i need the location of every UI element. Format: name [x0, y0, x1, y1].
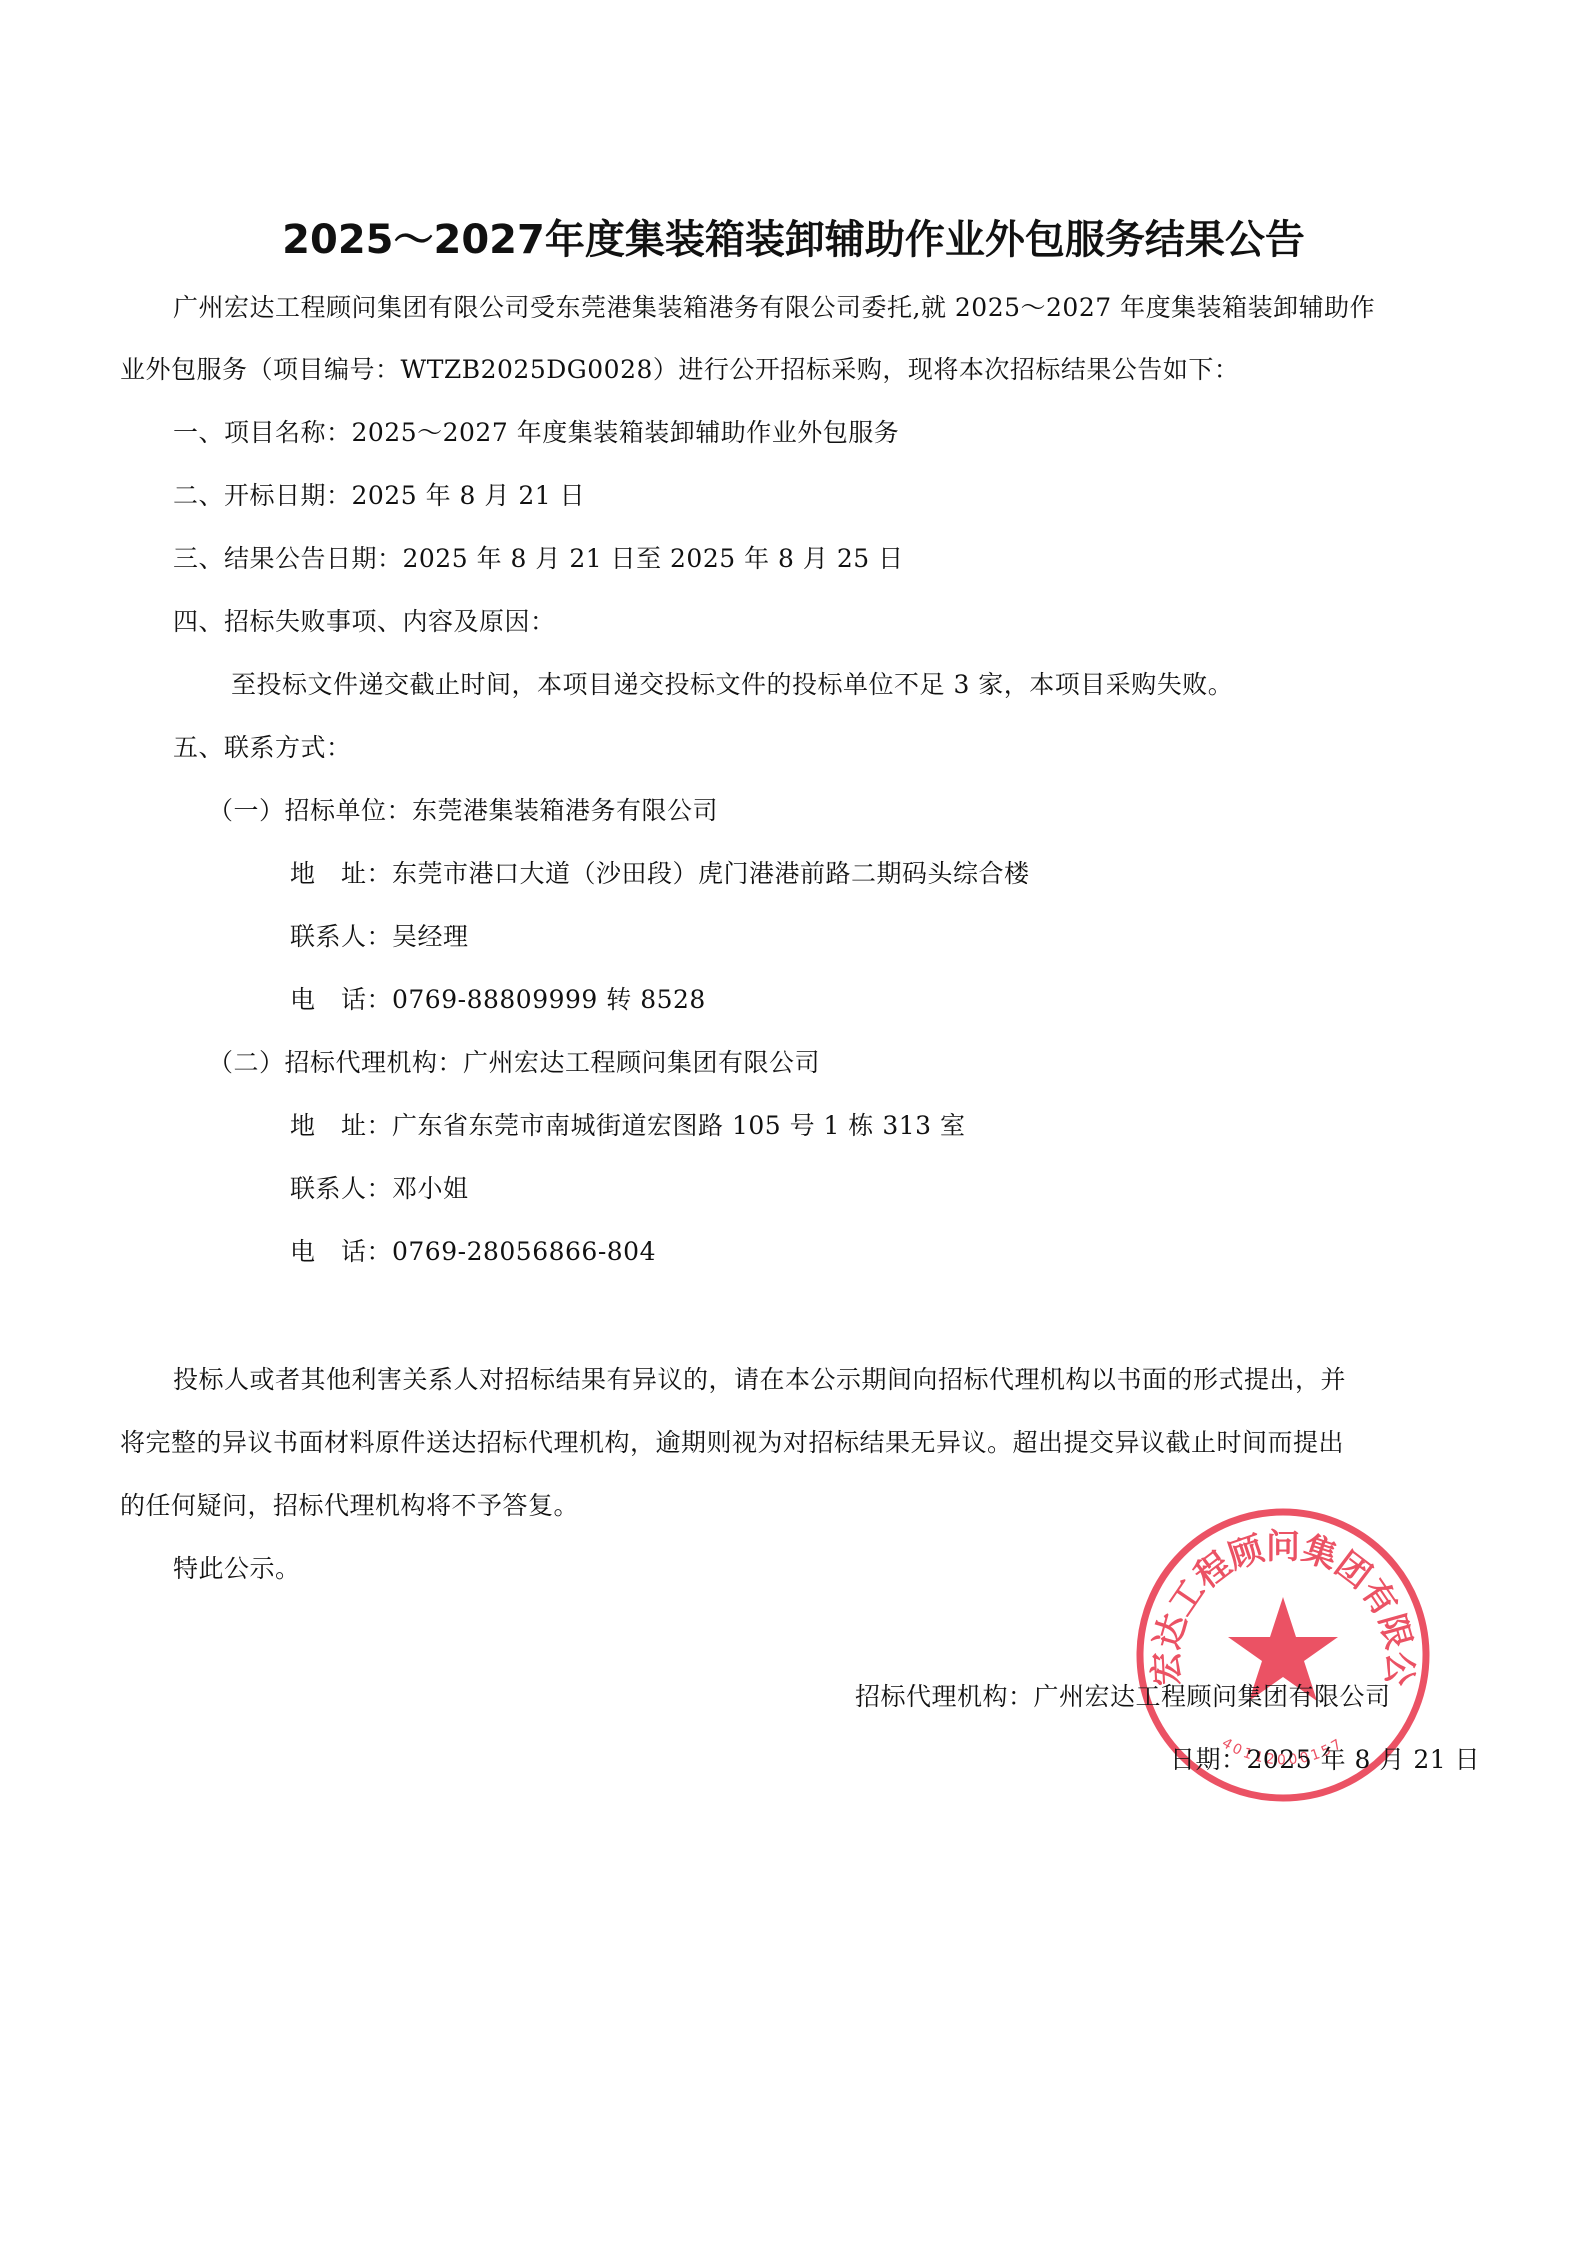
notice-line-2: 将完整的异议书面材料原件送达招标代理机构，逾期则视为对招标结果无异议。超出提交异… [120, 1428, 1344, 1458]
section-announcement-date: 三、结果公告日期：2025 年 8 月 21 日至 2025 年 8 月 25 … [173, 544, 904, 574]
section-contact-heading: 五、联系方式： [173, 733, 352, 763]
closing-text: 特此公示。 [173, 1554, 301, 1584]
signature-agency: 招标代理机构：广州宏达工程顾问集团有限公司 [855, 1682, 1391, 1712]
section-failure-heading: 四、招标失败事项、内容及原因： [173, 607, 556, 637]
section-opening-date: 二、开标日期：2025 年 8 月 21 日 [173, 481, 585, 511]
contact-address: 地 址：东莞市港口大道（沙田段）虎门港港前路二期码头综合楼 [290, 859, 1030, 889]
contact-person: 联系人：邓小姐 [290, 1174, 469, 1204]
section-project-name: 一、项目名称：2025～2027 年度集装箱装卸辅助作业外包服务 [173, 418, 899, 448]
failure-reason: 至投标文件递交截止时间，本项目递交投标文件的投标单位不足 3 家，本项目采购失败… [231, 670, 1233, 700]
page-title: 2025～2027年度集装箱装卸辅助作业外包服务结果公告 [0, 215, 1587, 265]
contact-header: （一）招标单位：东莞港集装箱港务有限公司 [208, 796, 718, 826]
intro-line-1: 广州宏达工程顾问集团有限公司受东莞港集装箱港务有限公司委托,就 2025～202… [173, 293, 1375, 323]
contact-person: 联系人：吴经理 [290, 922, 469, 952]
contact-address: 地 址：广东省东莞市南城街道宏图路 105 号 1 栋 313 室 [290, 1111, 966, 1141]
contact-header: （二）招标代理机构：广州宏达工程顾问集团有限公司 [208, 1048, 820, 1078]
contact-phone: 电 话：0769-28056866-804 [290, 1237, 656, 1267]
contact-phone: 电 话：0769-88809999 转 8528 [290, 985, 706, 1015]
intro-line-2: 业外包服务（项目编号：WTZB2025DG0028）进行公开招标采购，现将本次招… [120, 355, 1239, 385]
signature-date: 日期：2025 年 8 月 21 日 [1170, 1745, 1480, 1775]
notice-line-3: 的任何疑问，招标代理机构将不予答复。 [120, 1491, 579, 1521]
notice-line-1: 投标人或者其他利害关系人对招标结果有异议的，请在本公示期间向招标代理机构以书面的… [173, 1365, 1346, 1395]
